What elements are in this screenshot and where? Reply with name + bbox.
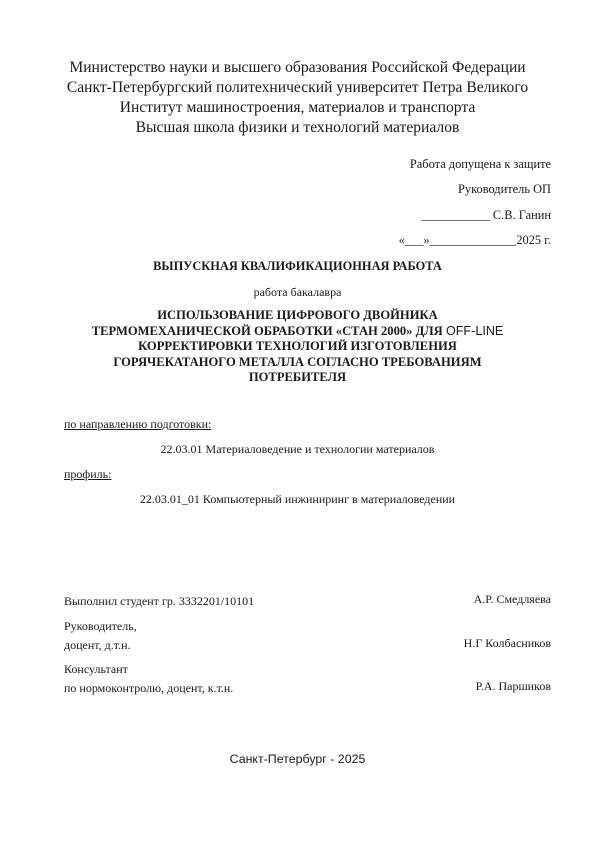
topic-line-5: ПОТРЕБИТЕЛЯ (60, 370, 535, 386)
topic-offline: OFF-LINE (446, 324, 503, 338)
thesis-topic: ИСПОЛЬЗОВАНИЕ ЦИФРОВОГО ДВОЙНИКА ТЕРМОМЕ… (60, 308, 535, 386)
program-head-title: Руководитель ОП (458, 182, 551, 197)
consultant-name: Р.А. Паршиков (476, 679, 551, 694)
profile-value: 22.03.01_01 Компьютерный инжиниринг в ма… (0, 492, 595, 507)
institute-line: Институт машиностроения, материалов и тр… (0, 98, 595, 118)
supervisor-name: Н.Г Колбасников (464, 636, 551, 651)
direction-value: 22.03.01 Материаловедение и технологии м… (0, 442, 595, 457)
topic-line-4: ГОРЯЧЕКАТАНОГО МЕТАЛЛА СОГЛАСНО ТРЕБОВАН… (60, 355, 535, 371)
document-type-title: ВЫПУСКНАЯ КВАЛИФИКАЦИОННАЯ РАБОТА (0, 259, 595, 274)
supervisor-role: Руководитель, доцент, д.т.н. (64, 617, 137, 655)
school-line: Высшая школа физики и технологий материа… (0, 118, 595, 138)
admitted-to-defense: Работа допущена к защите (410, 157, 551, 172)
ministry-line: Министерство науки и высшего образования… (0, 58, 595, 78)
university-line: Санкт-Петербургский политехнический унив… (0, 78, 595, 98)
profile-label: профиль: (64, 467, 111, 482)
topic-line-3: КОРРЕКТИРОВКИ ТЕХНОЛОГИЙ ИЗГОТОВЛЕНИЯ (60, 339, 535, 355)
program-head-signature: ___________ С.В. Ганин (422, 208, 551, 223)
student-name: А.Р. Смедляева (474, 592, 551, 607)
city-year: Санкт-Петербург - 2025 (0, 752, 595, 766)
consultant-role: Консультант по нормоконтролю, доцент, к.… (64, 660, 233, 698)
topic-line-2: ТЕРМОМЕХАНИЧЕСКОЙ ОБРАБОТКИ «СТАН 2000» … (60, 324, 535, 340)
approval-date-line: «___»______________2025 г. (399, 233, 551, 248)
student-role: Выполнил студент гр. 3332201/10101 (64, 592, 254, 611)
work-kind: работа бакалавра (0, 285, 595, 300)
topic-line-1: ИСПОЛЬЗОВАНИЕ ЦИФРОВОГО ДВОЙНИКА (60, 308, 535, 324)
direction-label: по направлению подготовки: (64, 417, 211, 432)
